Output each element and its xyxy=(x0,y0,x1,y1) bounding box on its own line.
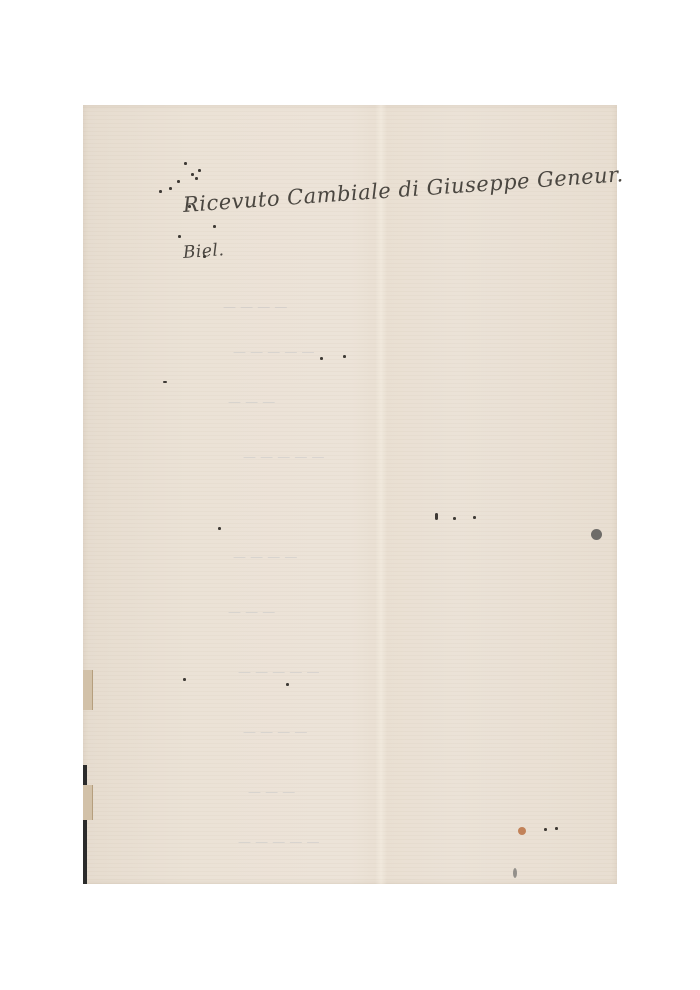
center-fold xyxy=(375,105,387,884)
binding-tab xyxy=(83,785,93,820)
rust-spot xyxy=(518,827,526,835)
bleed-through-text: — — — xyxy=(228,395,275,410)
bleed-through-text: — — — xyxy=(228,605,275,620)
pinhole-mark xyxy=(191,173,194,176)
pinhole-mark xyxy=(184,162,187,165)
pinhole-mark xyxy=(178,235,181,238)
handwritten-line-2: Biel. xyxy=(182,240,225,263)
ink-mark xyxy=(163,381,167,383)
pinhole-mark xyxy=(198,169,201,172)
pinhole-mark xyxy=(195,177,198,180)
pinhole-mark xyxy=(213,225,216,228)
manuscript-page: — — — — — — — — — — — — — — — — — — — — … xyxy=(83,105,617,884)
bleed-through-text: — — — — xyxy=(243,725,307,740)
ink-blot xyxy=(591,529,602,540)
ink-mark xyxy=(320,357,323,360)
bleed-through-text: — — — — xyxy=(223,300,287,315)
ink-mark xyxy=(218,527,221,530)
pinhole-mark xyxy=(188,205,191,208)
pinhole-mark xyxy=(177,180,180,183)
ink-mark xyxy=(453,517,456,520)
pinhole-mark xyxy=(169,187,172,190)
ink-mark xyxy=(343,355,346,358)
ink-mark xyxy=(544,828,547,831)
bleed-through-text: — — — xyxy=(248,785,295,800)
binding-tab xyxy=(83,670,93,710)
bleed-through-text: — — — — — xyxy=(238,835,320,850)
ink-mark xyxy=(513,868,517,878)
bleed-through-text: — — — — — xyxy=(243,450,325,465)
ink-mark xyxy=(435,513,438,520)
ink-mark xyxy=(183,678,186,681)
ink-mark xyxy=(473,516,476,519)
pinhole-mark xyxy=(203,255,206,258)
bleed-through-text: — — — — xyxy=(233,550,297,565)
bleed-through-text: — — — — — xyxy=(238,665,320,680)
bleed-through-text: — — — — — xyxy=(233,345,315,360)
pinhole-mark xyxy=(159,190,162,193)
binding-strip xyxy=(83,765,87,884)
paper-grain xyxy=(83,105,617,884)
ink-mark xyxy=(286,683,289,686)
ink-mark xyxy=(555,827,558,830)
